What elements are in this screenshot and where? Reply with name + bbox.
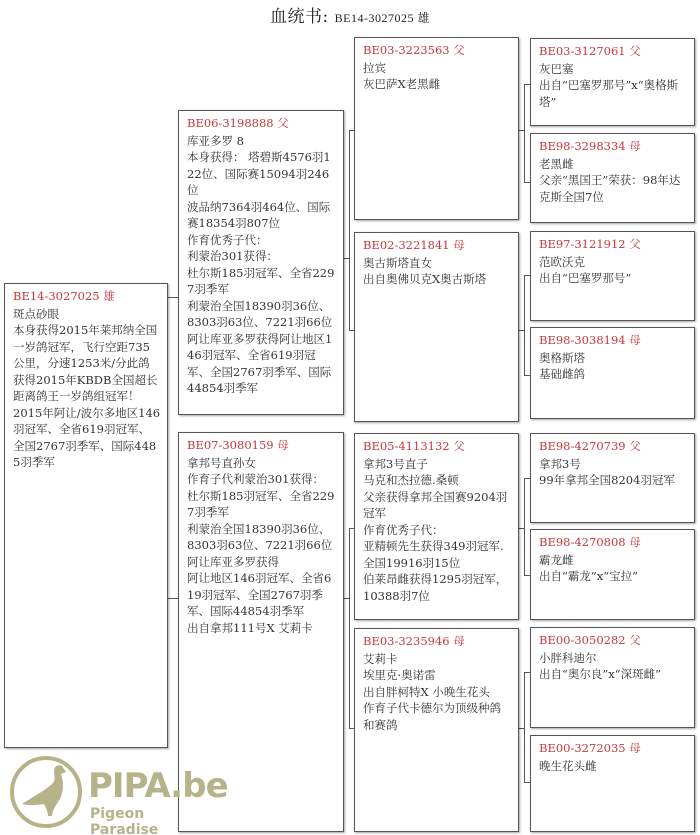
pedigree-line: 马克和杰拉德.桑顿 [363,472,512,489]
ring-number: BE97-3121912 父 [539,236,688,253]
sire-line: 阿让库亚多罗获得阿让地区146羽冠军、全省619羽冠军、全国2767羽季军、国际… [187,331,337,397]
pedigree-line: 小胖科迪尔 [539,650,688,667]
connector [518,528,525,529]
watermark-brand: PIPA.be [88,766,228,806]
grandsire-maternal-card: BE05-4113132 父 拿邦3号直子 马克和杰拉德.桑顿 父亲获得拿邦全国… [354,433,519,620]
sire-line: 利蒙治全国18390羽36位、8303羽63位、7221羽66位 [187,298,337,331]
ring-number: BE00-3272035 母 [539,740,688,757]
dam-line: 杜尔斯185羽冠军、全省2297羽季军 [187,488,337,521]
pedigree-line: 基础雌鸽 [539,366,688,383]
connector [518,728,525,729]
pedigree-line: 奥古斯塔直女 [363,255,512,272]
pedigree-line: 拉宾 [363,60,512,77]
pedigree-line: 作育优秀子代： [363,522,512,539]
great-grandparent-card: BE98-4270739 父 拿邦3号 99年拿邦全国8204羽冠军 [530,433,695,523]
sire-line: 库亚多罗 8 [187,133,337,150]
pedigree-line: 出自“巴塞罗那号” [539,270,688,287]
dam-line: 出自拿邦111号X 艾莉卡 [187,620,337,637]
pedigree-line: 晚生花头雌 [539,758,688,775]
connector [349,130,350,330]
grandsire-paternal-card: BE03-3223563 父 拉宾 灰巴萨X老黑雌 [354,37,519,220]
pedigree-line: 灰巴塞 [539,61,688,78]
connector [524,84,525,182]
pedigree-line: 伯莱昂雌获得1295羽冠军，10388羽7位 [363,571,512,604]
pedigree-line: 作育子代卡德尔为顶级种鸽和赛鸽 [363,700,512,733]
ring-number: BE02-3221841 母 [363,237,512,254]
great-grandparent-card: BE97-3121912 父 范欧沃克 出自“巴塞罗那号” [530,231,695,321]
dam-line: 利蒙治全国18390羽36位、8303羽63位、7221羽66位 [187,521,337,554]
sire-line: 波品纳7364羽464位、国际赛18354羽807位 [187,199,337,232]
great-grandparent-card: BE03-3127061 父 灰巴塞 出自“巴塞罗那号”x“奥格斯塔” [530,38,695,126]
pedigree-line: 出自“霸龙”x“宝拉” [539,568,688,585]
pedigree-line: 父亲“黑国王”荣获：98年达克斯全国7位 [539,172,688,205]
watermark-tagline: Pigeon Paradise [90,806,208,835]
ring-number: BE98-4270808 母 [539,534,688,551]
pedigree-line: 出自“奥尔良”x“深斑雌” [539,666,688,683]
subject-ring-number: BE14-3027025 雄 [13,288,161,305]
great-grandparent-card: BE98-4270808 母 霸龙雌 出自“霸龙”x“宝拉” [530,529,695,620]
ring-number: BE03-3223563 父 [363,42,512,59]
sire-line: 利蒙治301获得： [187,248,337,265]
connector [343,258,350,259]
ring-number: BE98-3298334 母 [539,138,688,155]
dam-line: 阿让库亚多罗获得 [187,554,337,571]
ring-number: BE98-3038194 母 [539,332,688,349]
pedigree-line: 拿邦3号直子 [363,456,512,473]
granddam-maternal-card: BE03-3235946 母 艾莉卡 埃里克·奥诺雷 出自胖柯特X 小晚生花头 … [354,628,519,832]
great-grandparent-card: BE00-3272035 母 晚生花头雌 [530,735,695,832]
dam-line: 作育子代利蒙治301获得： [187,471,337,488]
pedigree-line: 亚精顿先生获得349羽冠军.全国19916羽15位 [363,538,512,571]
connector [518,130,525,131]
subject-line: 本身获得2015年莱邦纳全国一岁鸽冠军，飞行空距735公里，分速1253米/分此… [13,322,161,405]
connector [524,672,525,782]
connector [343,598,350,599]
subject-line: 斑点砂眼 [13,306,161,323]
pedigree-line: 埃里克·奥诺雷 [363,667,512,684]
pedigree-line: 父亲获得拿邦全国赛9204羽冠军 [363,489,512,522]
pigeon-icon [8,752,86,830]
ring-number: BE00-3050282 父 [539,632,688,649]
sire-card: BE06-3198888 父 库亚多罗 8 本身获得： 塔碧斯4576羽122位… [178,110,344,415]
pedigree-line: 范欧沃克 [539,254,688,271]
sire-line: 本身获得： 塔碧斯4576羽122位、国际赛15094羽246位 [187,149,337,199]
dam-ring-number: BE07-3080159 母 [187,437,337,454]
great-grandparent-card: BE98-3038194 母 奥格斯塔 基础雌鸽 [530,327,695,419]
great-grandparent-card: BE00-3050282 父 小胖科迪尔 出自“奥尔良”x“深斑雌” [530,627,695,728]
connector [349,528,350,728]
ring-number: BE03-3127061 父 [539,43,688,60]
dam-line: 阿让地区146羽冠军、全省619羽冠军、全国2767羽季军、国际44854羽季军 [187,570,337,620]
ring-number: BE05-4113132 父 [363,438,512,455]
pedigree-title: 血统书: BE14-3027025 雄 [0,2,700,27]
ring-number: BE03-3235946 母 [363,633,512,650]
sire-line: 杜尔斯185羽冠军、全省2297羽季军 [187,265,337,298]
pedigree-line: 出自胖柯特X 小晚生花头 [363,684,512,701]
pedigree-line: 霸龙雌 [539,552,688,569]
title-label: 血统书: [270,7,329,27]
pedigree-line: 99年拿邦全国8204羽冠军 [539,472,688,489]
granddam-paternal-card: BE02-3221841 母 奥古斯塔直女 出自奥佛贝克X奥古斯塔 [354,232,519,422]
pipa-watermark-logo: PIPA.be Pigeon Paradise [8,752,208,832]
connector [524,478,525,575]
subject-card: BE14-3027025 雄 斑点砂眼 本身获得2015年莱邦纳全国一岁鸽冠军，… [4,283,168,748]
connector [524,275,525,375]
pedigree-line: 老黑雌 [539,156,688,173]
sire-line: 作育优秀子代： [187,232,337,249]
pedigree-line: 出自“巴塞罗那号”x“奥格斯塔” [539,77,688,110]
connector [518,330,525,331]
ring-number: BE98-4270739 父 [539,438,688,455]
pedigree-line: 拿邦3号 [539,456,688,473]
sire-ring-number: BE06-3198888 父 [187,115,337,132]
dam-line: 拿邦号直孙女 [187,455,337,472]
pedigree-line: 奥格斯塔 [539,350,688,367]
subject-line: 2015年阿让/波尔多地区146羽冠军、全省619羽冠军、全国2767羽季军、国… [13,405,161,471]
title-ring-number: BE14-3027025 雄 [335,11,430,25]
pedigree-line: 灰巴萨X老黑雌 [363,76,512,93]
pedigree-line: 艾莉卡 [363,651,512,668]
pedigree-line: 出自奥佛贝克X奥古斯塔 [363,271,512,288]
great-grandparent-card: BE98-3298334 母 老黑雌 父亲“黑国王”荣获：98年达克斯全国7位 [530,133,695,223]
